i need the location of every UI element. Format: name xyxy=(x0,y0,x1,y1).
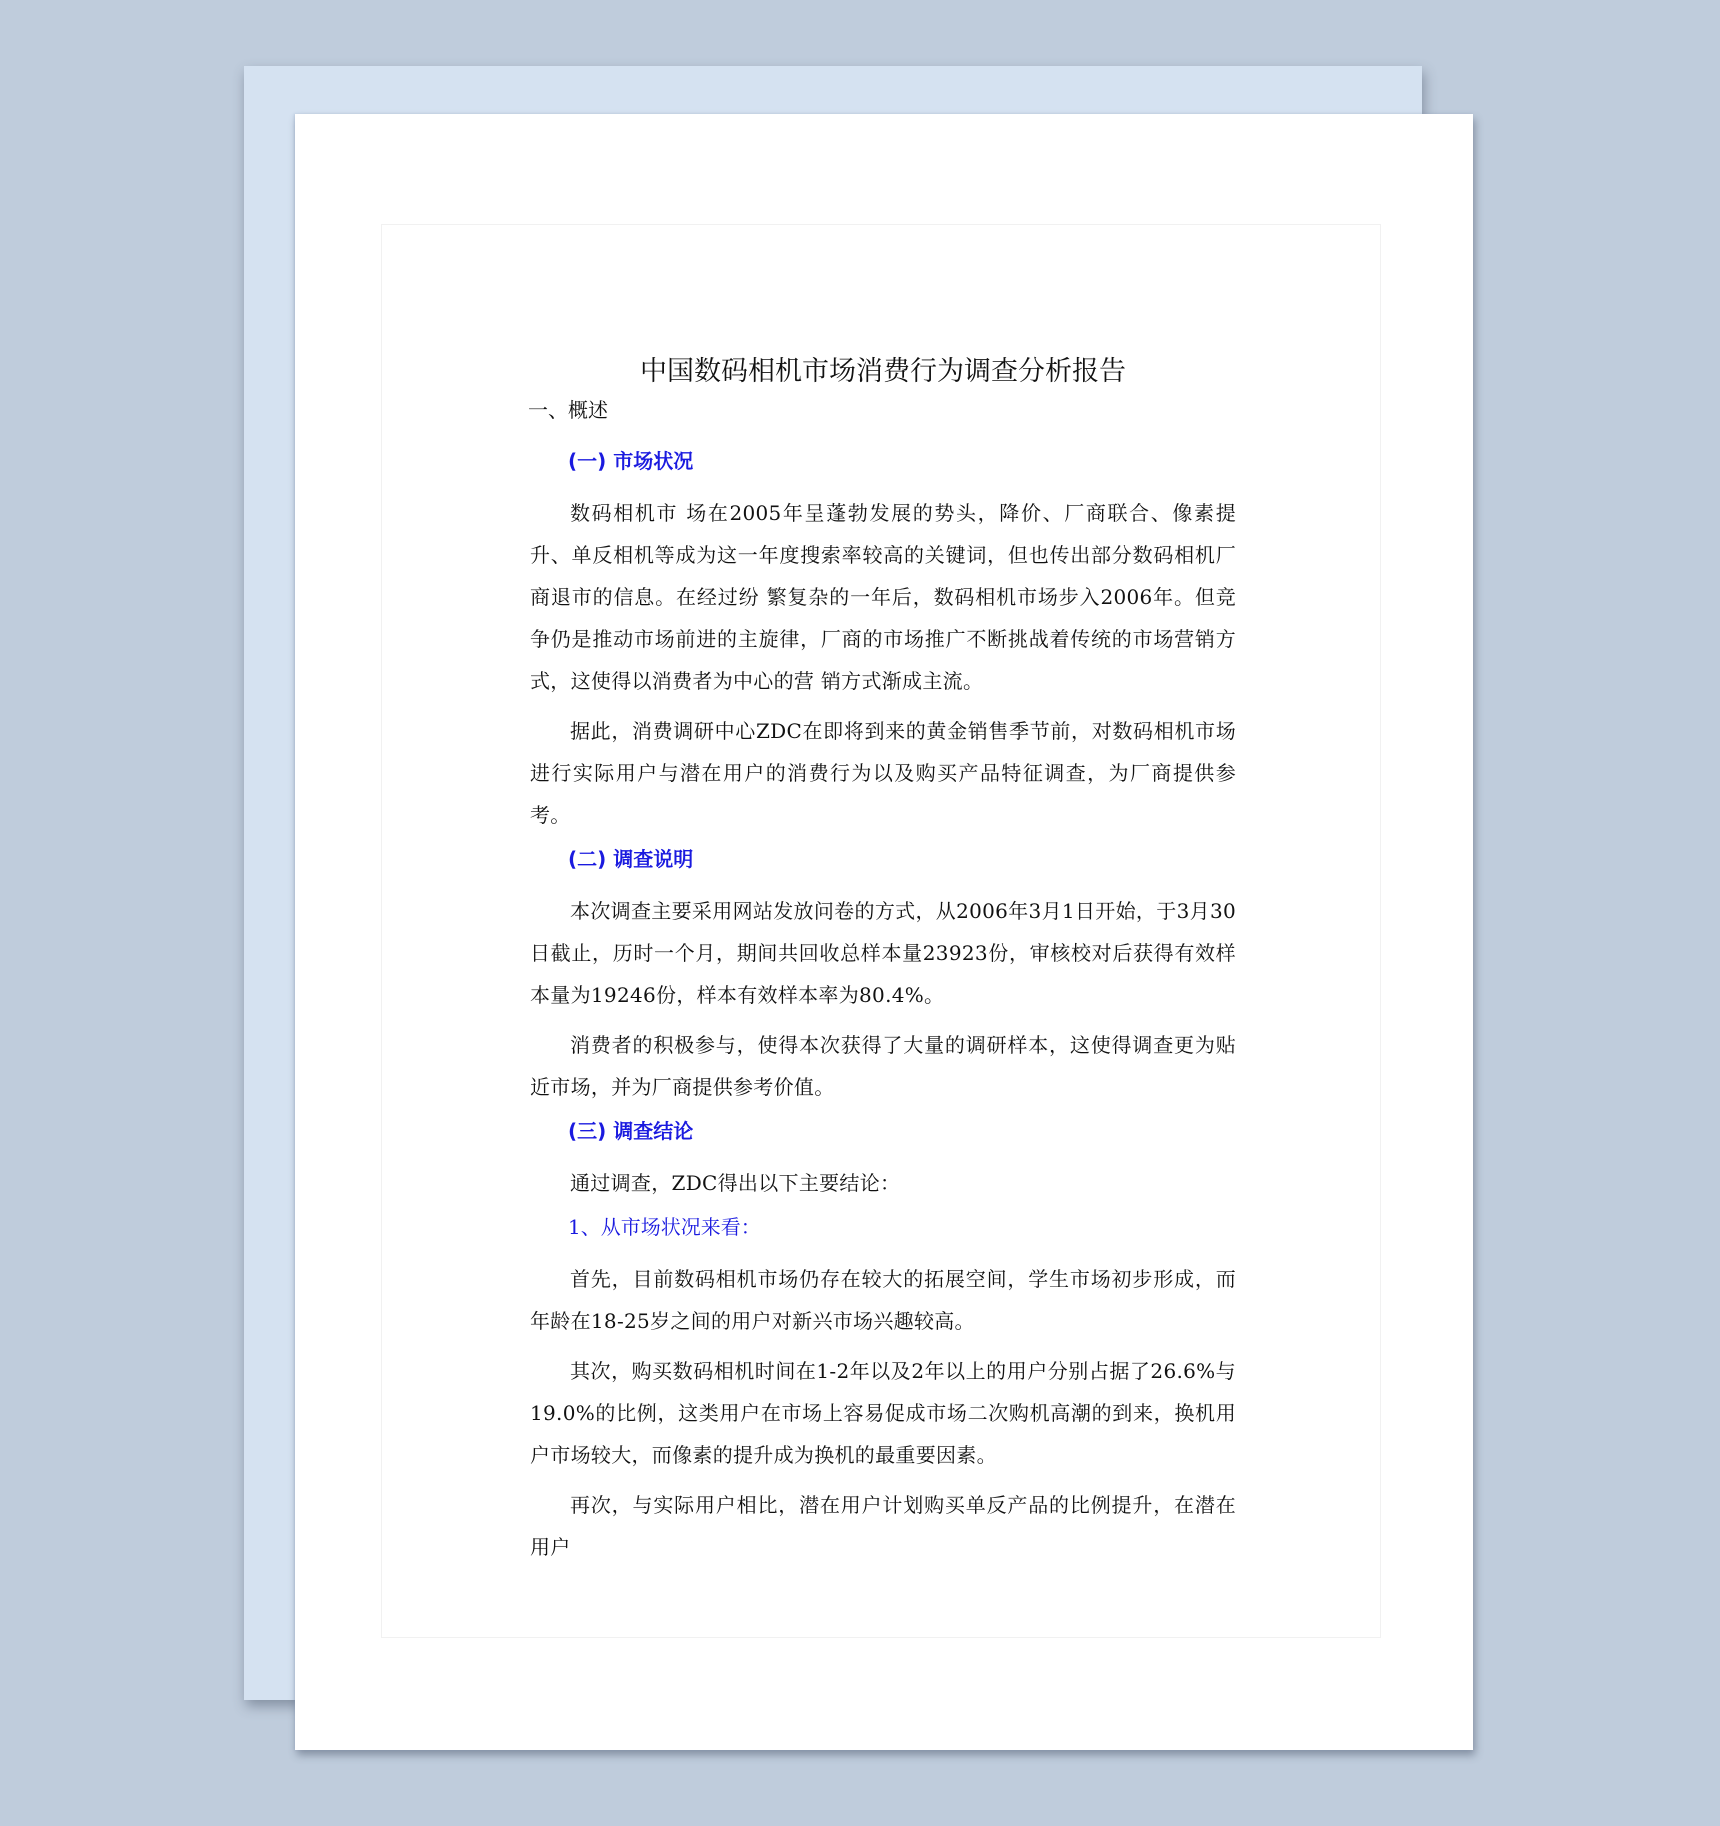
document-page: 中国数码相机市场消费行为调查分析报告 一、概述 (一) 市场状况 数码相机市 场… xyxy=(295,114,1473,1750)
paragraph: 其次，购买数码相机时间在1-2年以及2年以上的用户分别占据了26.6%与19.0… xyxy=(530,1350,1236,1476)
subsection-heading-market-status: (一) 市场状况 xyxy=(568,446,1236,476)
paragraph: 数码相机市 场在2005年呈蓬勃发展的势头，降价、厂商联合、像素提升、单反相机等… xyxy=(530,492,1236,702)
subsection-heading-survey-conclusion: (三) 调查结论 xyxy=(568,1116,1236,1146)
document-body: 中国数码相机市场消费行为调查分析报告 一、概述 (一) 市场状况 数码相机市 场… xyxy=(530,352,1236,1576)
paragraph: 本次调查主要采用网站发放问卷的方式，从2006年3月1日开始，于3月30日截止，… xyxy=(530,890,1236,1016)
subsection-heading-survey-description: (二) 调查说明 xyxy=(568,844,1236,874)
paragraph: 首先，目前数码相机市场仍存在较大的拓展空间，学生市场初步形成，而年龄在18-25… xyxy=(530,1258,1236,1342)
paragraph: 再次，与实际用户相比，潜在用户计划购买单反产品的比例提升，在潜在用户 xyxy=(530,1484,1236,1568)
document-title: 中国数码相机市场消费行为调查分析报告 xyxy=(530,352,1236,392)
paragraph: 消费者的积极参与，使得本次获得了大量的调研样本，这使得调查更为贴近市场，并为厂商… xyxy=(530,1024,1236,1108)
paragraph: 据此，消费调研中心ZDC在即将到来的黄金销售季节前，对数码相机市场进行实际用户与… xyxy=(530,710,1236,836)
point-heading-market-status: 1、从市场状况来看： xyxy=(568,1212,1236,1242)
section-heading-overview: 一、概述 xyxy=(528,394,1236,426)
paragraph: 通过调查，ZDC得出以下主要结论： xyxy=(530,1162,1236,1204)
